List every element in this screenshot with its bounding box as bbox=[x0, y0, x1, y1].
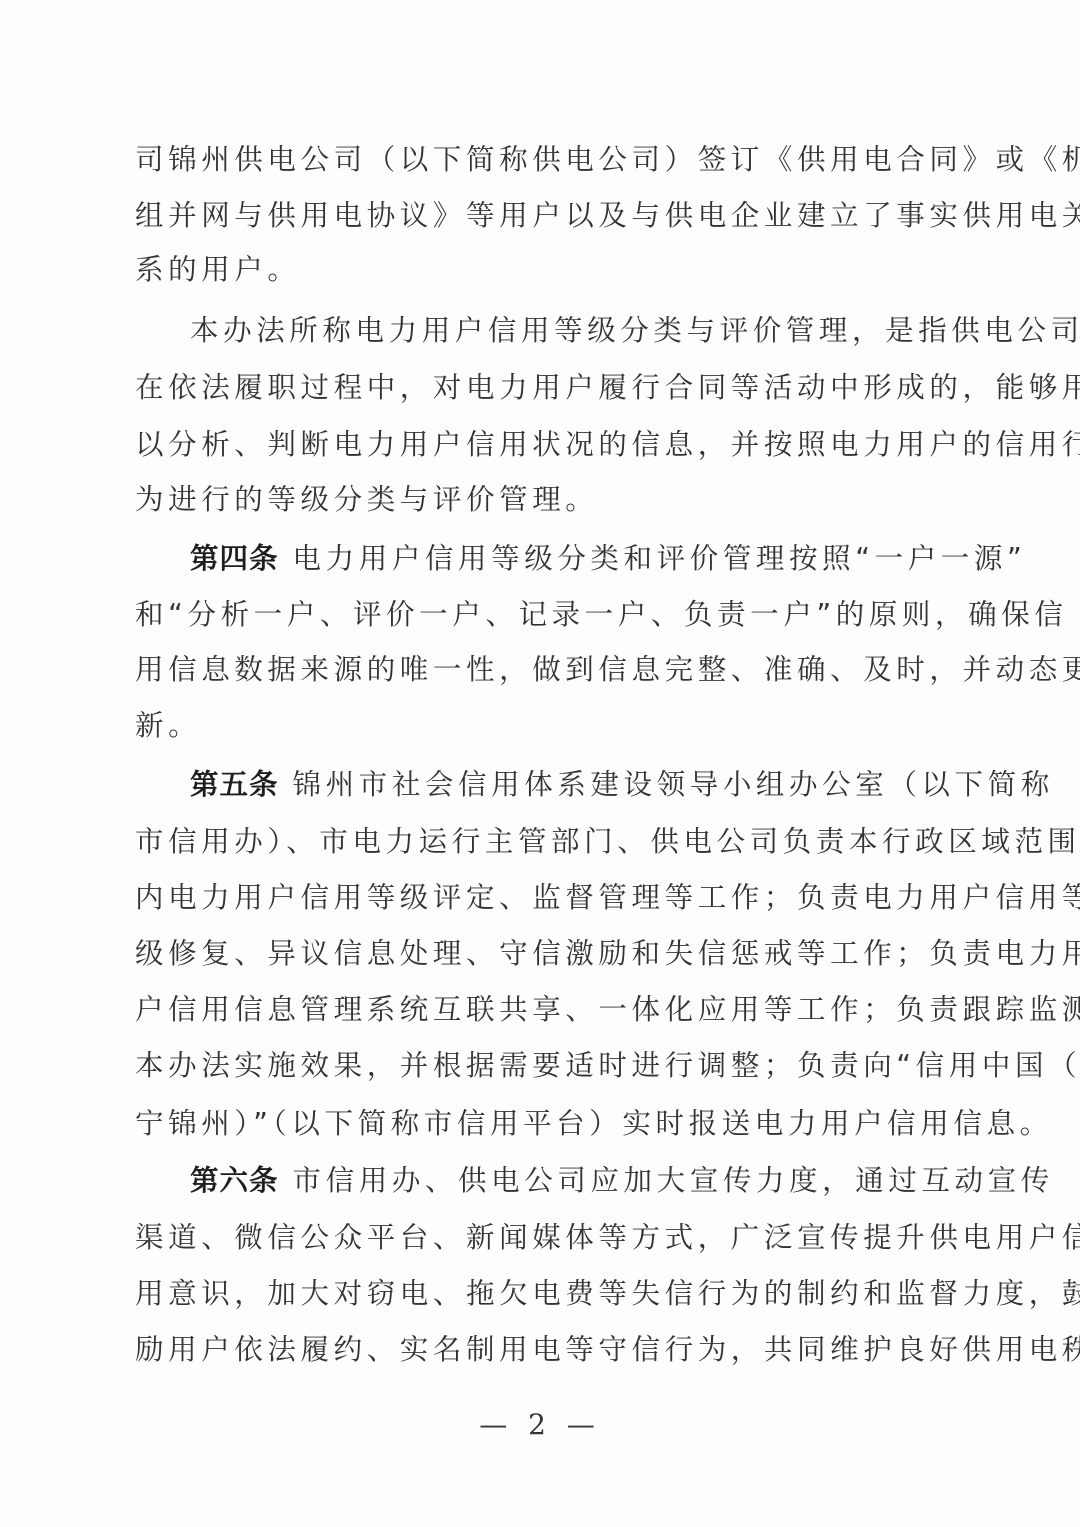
article-text: 锦州市社会信用体系建设领导小组办公室（以下简称 bbox=[293, 768, 1054, 801]
text-line: 市信用办）、市电力运行主管部门、供电公司负责本行政区域范围 bbox=[135, 822, 965, 862]
text-line: 系的用户。 bbox=[135, 250, 965, 290]
text-line: 和“分析一户、评价一户、记录一户、负责一户”的原则，确保信 bbox=[135, 595, 965, 635]
text-line: 本办法所称电力用户信用等级分类与评价管理，是指供电公司 bbox=[190, 311, 965, 351]
document-page: 司锦州供电公司（以下简称供电公司）签订《供用电合同》或《机 组并网与供用电协议》… bbox=[0, 0, 1080, 1527]
article-5-line: 第五条锦州市社会信用体系建设领导小组办公室（以下简称 bbox=[190, 764, 965, 804]
article-text: 市信用办、供电公司应加大宣传力度，通过互动宣传 bbox=[293, 1164, 1054, 1197]
text-line: 励用户依法履约、实名制用电等守信行为，共同维护良好供用电秩 bbox=[135, 1330, 965, 1370]
article-6-line: 第六条市信用办、供电公司应加大宣传力度，通过互动宣传 bbox=[190, 1160, 965, 1200]
article-4-line: 第四条电力用户信用等级分类和评价管理按照“一户一源” bbox=[190, 538, 965, 578]
text-line: 级修复、异议信息处理、守信激励和失信惩戒等工作；负责电力用 bbox=[135, 934, 965, 974]
article-text: 电力用户信用等级分类和评价管理按照“一户一源” bbox=[293, 542, 1027, 575]
article-heading: 第四条 bbox=[190, 541, 279, 575]
text-line: 组并网与供用电协议》等用户以及与供电企业建立了事实供用电关 bbox=[135, 196, 965, 236]
text-line: 司锦州供电公司（以下简称供电公司）签订《供用电合同》或《机 bbox=[135, 140, 965, 180]
article-heading: 第六条 bbox=[190, 1163, 279, 1197]
text-line: 新。 bbox=[135, 706, 965, 746]
page-number: — 2 — bbox=[0, 1408, 1080, 1441]
text-line: 渠道、微信公众平台、新闻媒体等方式，广泛宣传提升供电用户信 bbox=[135, 1218, 965, 1258]
text-line: 宁锦州）”（以下简称市信用平台）实时报送电力用户信用信息。 bbox=[135, 1104, 965, 1144]
text-line: 用意识，加大对窃电、拖欠电费等失信行为的制约和监督力度，鼓 bbox=[135, 1274, 965, 1314]
article-heading: 第五条 bbox=[190, 767, 279, 801]
text-line: 内电力用户信用等级评定、监督管理等工作；负责电力用户信用等 bbox=[135, 878, 965, 918]
text-line: 用信息数据来源的唯一性，做到信息完整、准确、及时，并动态更 bbox=[135, 650, 965, 690]
text-line: 以分析、判断电力用户信用状况的信息，并按照电力用户的信用行 bbox=[135, 425, 965, 465]
text-line: 户信用信息管理系统互联共享、一体化应用等工作；负责跟踪监测 bbox=[135, 990, 965, 1030]
text-line: 为进行的等级分类与评价管理。 bbox=[135, 480, 965, 520]
text-line: 在依法履职过程中，对电力用户履行合同等活动中形成的，能够用 bbox=[135, 368, 965, 408]
text-line: 本办法实施效果，并根据需要适时进行调整；负责向“信用中国（辽 bbox=[135, 1046, 965, 1086]
